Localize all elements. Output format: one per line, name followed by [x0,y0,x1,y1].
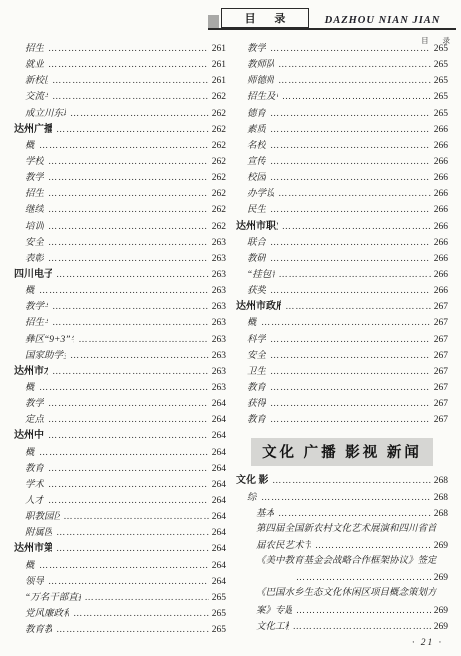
dot-leader [56,621,209,637]
dot-leader [48,185,209,201]
page-ref: 266 [434,267,448,283]
toc-entry: 达州中医学校264 [14,427,226,443]
toc-entry: 师德师风建设265 [236,72,448,88]
dot-leader [270,121,431,137]
toc-entry-title: 招生及中、高考 [247,89,278,105]
page-ref: 266 [434,219,448,235]
dot-leader [278,72,431,88]
page-ref: 265 [212,622,226,638]
page-ref: 265 [434,106,448,122]
page-ref: 267 [434,364,448,380]
dot-leader [48,153,209,169]
page-ref: 266 [434,186,448,202]
left-column: 招生工作261就业工作261新校区建设261交流与合作262成立川东职业教育联盟… [14,40,226,637]
toc-entry-title: 达州市职业高级中学 [236,219,278,235]
page-ref: 263 [212,251,226,267]
page-ref: 263 [212,364,226,380]
toc-entry-title: 新校区建设 [25,73,48,89]
toc-entry-title: 德育工作 [247,106,266,122]
toc-entry-title: 师德师风建设 [247,73,274,89]
page-ref: 264 [212,541,226,557]
page-ref: 266 [434,138,448,154]
toc-entry: 届农民艺术节暨民间艺术节成功举办269 [236,537,448,553]
toc-entry-title: 安全工作 [247,348,266,364]
toc-entry: 达州市政府机关幼儿园267 [236,298,448,314]
toc-entry-title: 教研教改 [247,251,266,267]
toc-entry: 概况263 [14,379,226,395]
toc-entry: 表彰情况263 [14,250,226,266]
dot-leader [282,218,431,234]
dot-leader [48,460,209,476]
toc-entry-title: 概况 [25,138,35,154]
toc-entry: 名校联盟266 [236,137,448,153]
dot-leader [296,569,431,585]
toc-entry: “万名干部直接联系服务群众”活动265 [14,589,226,605]
dot-leader [270,347,431,363]
toc-entry: 科学管理267 [236,331,448,347]
dot-leader [48,40,209,56]
toc-entry: 达州市水电学校263 [14,363,226,379]
page-ref: 269 [434,603,448,619]
section-banner-wrap: 文化 广播 影视 新闻 [236,438,448,463]
toc-entry-title: 教学管理 [25,170,44,186]
dot-leader [270,234,431,250]
toc-entry: 继续教育262 [14,201,226,217]
toc-entry: 《美中教育基金会战略合作框架协议》签定 [236,553,448,569]
page-ref: 265 [212,590,226,606]
toc-page: 目 录 DAZHOU NIAN JIAN 目 录 招生工作261就业工作261新… [0,0,461,656]
toc-entry-title: 人才培养 [25,493,44,509]
toc-entry-title: 概况 [25,558,35,574]
toc-entry-title: “万名干部直接联系服务群众”活动 [25,590,81,606]
toc-entry: 概况262 [14,137,226,153]
toc-entry-title: 科学管理 [247,332,266,348]
page-ref: 264 [212,396,226,412]
page-ref: 264 [212,574,226,590]
toc-entry-title: 教育辐射 [247,412,266,428]
dot-leader [48,250,209,266]
toc-entry-title: 定点帮扶 [25,412,44,428]
dot-leader [270,169,431,185]
page-ref: 262 [212,186,226,202]
page-ref: 262 [212,202,226,218]
page-ref: 264 [212,509,226,525]
page-ref: 264 [212,493,226,509]
toc-entry-title: 校园安全 [247,170,266,186]
dot-leader [52,72,209,88]
toc-entry: “挂包帮”活动266 [236,266,448,282]
toc-entry-title: 第四届全国新农村文化艺术展演和四川省首 [256,521,437,537]
toc-entry: 文化 影视 出版268 [236,472,448,488]
dot-leader [270,40,431,56]
toc-entry: 概况264 [14,444,226,460]
toc-entry-title: 《美中教育基金会战略合作框架协议》签定 [256,553,437,569]
page-ref: 261 [212,41,226,57]
toc-entry: 教学活动264 [14,395,226,411]
toc-entry-title: 办学设施设备 [247,186,274,202]
dot-leader [270,331,431,347]
toc-entry-title: 《巴国水乡生态文化休闲区项目概念策划方 [256,585,437,601]
toc-entry: 教学管理262 [14,169,226,185]
page-ref: 267 [434,412,448,428]
toc-entry-title: 获得荣誉 [247,396,266,412]
toc-entry: 安全工作267 [236,347,448,363]
page-ref: 265 [434,89,448,105]
dot-leader [39,379,209,395]
page-ref: 267 [434,332,448,348]
dot-leader [270,250,431,266]
page-ref: 269 [434,570,448,586]
page-ref: 261 [212,57,226,73]
dot-leader [70,347,209,363]
toc-entry: 《巴国水乡生态文化休闲区项目概念策划方 [236,585,448,601]
page-ref: 265 [434,73,448,89]
dot-leader [315,537,431,553]
toc-entry: 新校区建设261 [14,72,226,88]
toc-entry-title: 教师队伍建设 [247,57,274,73]
page-ref: 268 [434,506,448,522]
dot-leader [85,589,209,605]
dot-leader [270,395,431,411]
toc-entry: 269 [236,569,448,585]
dot-leader [261,314,431,330]
toc-entry-title: 达州市政府机关幼儿园 [236,299,281,315]
page-ref: 264 [212,412,226,428]
toc-entry: 交流与合作262 [14,88,226,104]
dot-leader [48,427,209,443]
toc-entry-title: 卫生保健 [247,364,266,380]
page-ref: 266 [434,235,448,251]
dot-leader [270,137,431,153]
toc-entry-title: 彝区“9+3”学生免费职业教育 [25,332,74,348]
page-ref: 266 [434,170,448,186]
toc-entry-title: 学术科研 [25,477,44,493]
toc-entry-title: 文化工程项目建设 [256,619,289,635]
page-number: · 21 · [412,638,443,648]
dot-leader [278,56,431,72]
dot-leader [272,472,431,488]
dot-leader [48,411,209,427]
toc-entry: 教研教改266 [236,250,448,266]
toc-entry-title: 招生工作 [25,41,44,57]
toc-entry: 文化工程项目建设269 [236,618,448,634]
dot-leader [48,234,209,250]
dot-leader [270,201,431,217]
page-ref: 263 [212,283,226,299]
page-ref: 261 [212,73,226,89]
toc-entry-title: 概况 [25,445,35,461]
toc-entry-title: 招生就业 [25,186,44,202]
toc-entry: 职教园区新校建设264 [14,508,226,524]
decorative-square-icon [208,15,219,28]
toc-box-label: 目 录 [221,8,309,28]
toc-entry-title: 获奖情况 [247,283,266,299]
page-ref: 263 [212,299,226,315]
toc-entry: 彝区“9+3”学生免费职业教育263 [14,331,226,347]
page-ref: 268 [434,473,448,489]
toc-entry-title: 四川电子商务学校 [14,267,52,283]
toc-entry-title: 素质教育 [247,122,266,138]
page-ref: 262 [212,154,226,170]
toc-entry: 获得荣誉267 [236,395,448,411]
page-ref: 262 [212,170,226,186]
page-ref: 266 [434,283,448,299]
toc-entry: 概况263 [14,282,226,298]
dot-leader [56,524,209,540]
dot-leader [52,88,209,104]
dot-leader [48,201,209,217]
toc-entry-title: 达州中医学校 [14,428,44,444]
right-column: 教学科研265教师队伍建设265师德师风建设265招生及中、高考265德育工作2… [236,40,448,634]
toc-entry: 招生与就业263 [14,314,226,330]
page-ref: 267 [434,315,448,331]
page-ref: 266 [434,122,448,138]
page-ref: 264 [212,445,226,461]
toc-entry: 党风廉政和干部作风建设265 [14,605,226,621]
dot-leader [261,489,431,505]
toc-entry: 校园安全266 [236,169,448,185]
toc-entry: 教育教学264 [14,460,226,476]
toc-entry-title: 表彰情况 [25,251,44,267]
page-ref: 263 [212,348,226,364]
dot-leader [39,282,209,298]
toc-entry: 招生及中、高考265 [236,88,448,104]
toc-entry: 概况267 [236,314,448,330]
toc-entry-title: 附属医院发展 [25,525,52,541]
dot-leader [52,298,209,314]
page-ref: 265 [212,606,226,622]
toc-entry: 定点帮扶264 [14,411,226,427]
toc-entry: 安全工作263 [14,234,226,250]
page-ref: 264 [212,428,226,444]
page-ref: 263 [212,315,226,331]
toc-entry-title: 民生工程 [247,202,266,218]
toc-entry-title: 教育教学管理 [25,622,52,638]
dot-leader [39,444,209,460]
toc-entry: 招生工作261 [14,40,226,56]
toc-entry-title: 届农民艺术节暨民间艺术节成功举办 [256,538,311,554]
toc-entry: 就业工作261 [14,56,226,72]
toc-entry-title: 国家助学金管理与发放 [25,348,66,364]
dot-leader [56,121,209,137]
toc-entry-title: 达州广播电视大学 [14,122,52,138]
page-ref: 264 [212,558,226,574]
right-column-top: 教学科研265教师队伍建设265师德师风建设265招生及中、高考265德育工作2… [236,40,448,427]
toc-entry: 成立川东职业教育联盟262 [14,105,226,121]
page-ref: 269 [434,538,448,554]
page-ref: 265 [434,41,448,57]
page-ref: 263 [212,380,226,396]
toc-entry-title: 学校建设 [25,154,44,170]
page-ref: 266 [434,251,448,267]
toc-entry: 达州市职业高级中学266 [236,218,448,234]
toc-entry: 达州市第一中学校264 [14,540,226,556]
page-ref: 267 [434,380,448,396]
toc-entry: 培训工作262 [14,218,226,234]
toc-entry: 附属医院发展264 [14,524,226,540]
page-ref: 264 [212,525,226,541]
toc-entry-title: 案》专题论证会召开 [256,603,292,619]
page-ref: 262 [212,89,226,105]
journal-title: DAZHOU NIAN JIAN [309,15,456,28]
dot-leader [48,395,209,411]
toc-entry: 领导活动264 [14,573,226,589]
toc-entry: 第四届全国新农村文化艺术展演和四川省首 [236,521,448,537]
page-ref: 264 [212,477,226,493]
page-ref: 262 [212,138,226,154]
dot-leader [48,573,209,589]
dot-leader [293,618,431,634]
toc-entry: 办学设施设备266 [236,185,448,201]
dot-leader [270,363,431,379]
toc-entry-title: 培训工作 [25,219,44,235]
toc-entry: 国家助学金管理与发放263 [14,347,226,363]
page-ref: 265 [434,57,448,73]
dot-leader [48,218,209,234]
dot-leader [48,492,209,508]
toc-entry-title: 领导活动 [25,574,44,590]
toc-entry-title: 宣传工作 [247,154,266,170]
toc-entry-title: 联合办学 [247,235,266,251]
dot-leader [39,557,209,573]
toc-entry-title: 教学科研 [247,41,266,57]
dot-leader [73,605,209,621]
toc-entry: 人才培养264 [14,492,226,508]
toc-entry-title: “挂包帮”活动 [247,267,275,283]
toc-entry: 德育工作265 [236,105,448,121]
page-ref: 263 [212,235,226,251]
toc-entry: 教育教学267 [236,379,448,395]
toc-entry-title: 概况 [25,283,35,299]
toc-entry-title: 教学活动 [25,396,44,412]
toc-entry: 卫生保健267 [236,363,448,379]
toc-entry: 教育教学管理265 [14,621,226,637]
toc-entry: 教育辐射267 [236,411,448,427]
dot-leader [52,363,209,379]
dot-leader [296,602,431,618]
dot-leader [270,411,431,427]
toc-entry: 达州广播电视大学262 [14,121,226,137]
toc-entry-title: 达州市第一中学校 [14,541,52,557]
toc-entry: 综述268 [236,489,448,505]
dot-leader [70,105,209,121]
toc-entry: 学术科研264 [14,476,226,492]
dot-leader [78,331,208,347]
toc-entry: 案》专题论证会召开269 [236,602,448,618]
toc-entry: 教学与教研263 [14,298,226,314]
header-rule: 目 录 DAZHOU NIAN JIAN [208,8,456,30]
page-ref: 266 [434,202,448,218]
toc-entry-title: 教育教学 [247,380,266,396]
dot-leader [48,476,209,492]
dot-leader [285,298,430,314]
page-ref: 262 [212,219,226,235]
toc-entry-title: 党风廉政和干部作风建设 [25,606,69,622]
dot-leader [270,379,431,395]
page-ref: 262 [212,122,226,138]
toc-entry-title: 名校联盟 [247,138,266,154]
toc-entry-title: 文化 影视 出版 [236,473,268,489]
dot-leader [282,88,431,104]
dot-leader [48,56,209,72]
toc-entry-title: 职教园区新校建设 [25,509,60,525]
toc-entry: 民生工程266 [236,201,448,217]
toc-entry-title: 达州市水电学校 [14,364,48,380]
page-ref: 263 [212,267,226,283]
toc-entry-title: 招生与就业 [25,315,48,331]
toc-entry-title: 概况 [247,315,257,331]
page-ref: 263 [212,332,226,348]
dot-leader [56,540,209,556]
page-ref: 267 [434,348,448,364]
dot-leader [279,266,431,282]
page-ref: 264 [212,461,226,477]
right-column-bottom: 文化 影视 出版268综述268基本情况268第四届全国新农村文化艺术展演和四川… [236,472,448,633]
page-ref: 269 [434,619,448,635]
toc-entry: 联合办学266 [236,234,448,250]
toc-entry: 获奖情况266 [236,282,448,298]
toc-entry-title: 安全工作 [25,235,44,251]
dot-leader [278,185,431,201]
page-ref: 262 [212,106,226,122]
page-ref: 268 [434,490,448,506]
dot-leader [270,105,431,121]
page-ref: 266 [434,154,448,170]
dot-leader [270,153,431,169]
toc-entry-title: 教学与教研 [25,299,48,315]
toc-entry: 概况264 [14,557,226,573]
dot-leader [64,508,209,524]
toc-entry-title: 成立川东职业教育联盟 [25,106,66,122]
toc-entry: 学校建设262 [14,153,226,169]
toc-entry-title: 就业工作 [25,57,44,73]
toc-entry: 宣传工作266 [236,153,448,169]
toc-entry-title: 综述 [247,490,257,506]
toc-entry-title: 继续教育 [25,202,44,218]
toc-entry-title: 基本情况 [256,506,274,522]
page-ref: 267 [434,396,448,412]
toc-entry-title: 交流与合作 [25,89,48,105]
toc-entry-title: 教育教学 [25,461,44,477]
toc-entry: 素质教育266 [236,121,448,137]
dot-leader [48,169,209,185]
toc-entry: 教师队伍建设265 [236,56,448,72]
toc-entry: 教学科研265 [236,40,448,56]
toc-entry: 招生就业262 [14,185,226,201]
toc-entry: 四川电子商务学校263 [14,266,226,282]
toc-entry-title: 概况 [25,380,35,396]
page-ref: 267 [434,299,448,315]
dot-leader [270,282,431,298]
dot-leader [39,137,209,153]
section-banner: 文化 广播 影视 新闻 [251,438,433,466]
toc-entry: 基本情况268 [236,505,448,521]
dot-leader [56,266,209,282]
dot-leader [52,314,209,330]
dot-leader [278,505,431,521]
